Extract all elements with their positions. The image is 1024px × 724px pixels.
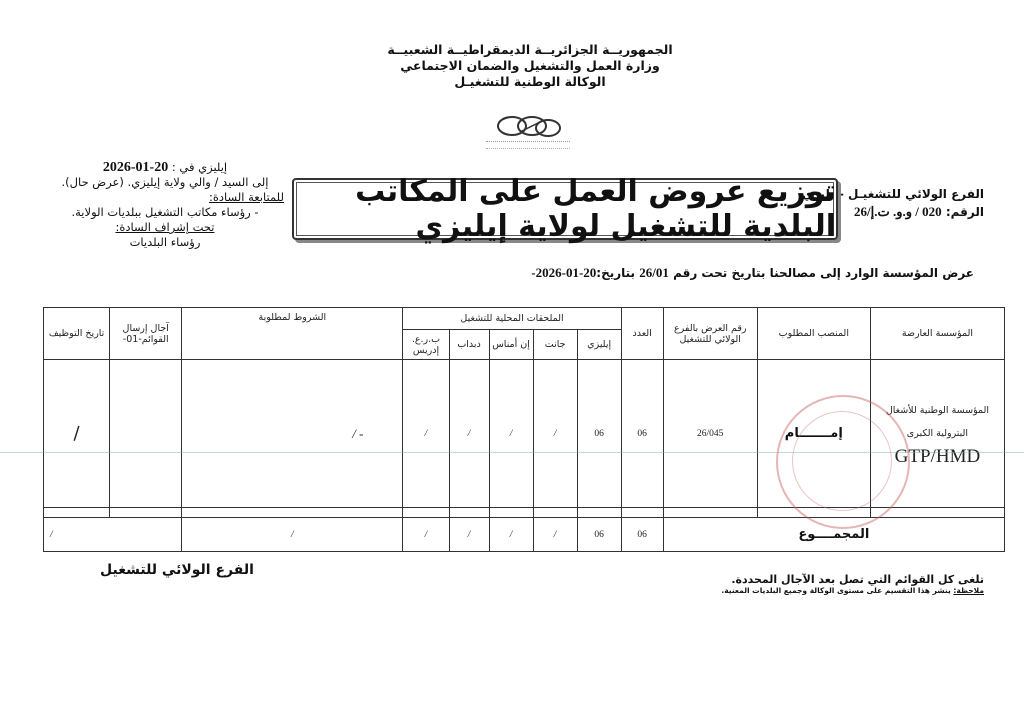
- header-annex-in-amenas: إن أمناس: [489, 330, 533, 360]
- document-title-frame: توزيع عروض العمل على المكاتب البلدية للت…: [292, 178, 838, 240]
- header-conditions: الشروط لمطلوبة: [182, 308, 403, 360]
- document-date: 20-01-2026: [103, 160, 168, 175]
- table-spacer-row: [44, 508, 1005, 518]
- reference-text: عرض المؤسسة الوارد إلى مصالحنا بتاريخ تح…: [673, 266, 974, 280]
- scan-artifact-line: [0, 452, 1024, 453]
- total-annex-debdeb: /: [449, 518, 489, 552]
- cell-deadline: [110, 360, 182, 508]
- cell-annex-debdeb: /: [449, 360, 489, 508]
- header-annex-djanet: جانت: [533, 330, 577, 360]
- total-conditions: /: [182, 518, 403, 552]
- cell-conditions: - /: [182, 360, 403, 508]
- reference-date-label: بتاريخ:: [596, 266, 635, 280]
- header-count: العدد: [621, 308, 663, 360]
- letterhead-republic: الجمهوريــة الجزائريــة الديمقراطيــة ال…: [380, 42, 680, 58]
- place-date-label: إيليزي في :: [172, 160, 227, 174]
- cell-offer-number: 26/045: [663, 360, 757, 508]
- cell-annex-illizi: 06: [577, 360, 621, 508]
- total-annex-djanet: /: [533, 518, 577, 552]
- company-code: GTP/HMD: [871, 445, 1004, 468]
- total-annex-in-amenas: /: [489, 518, 533, 552]
- reference-line: عرض المؤسسة الوارد إلى مصالحنا بتاريخ تح…: [531, 265, 974, 281]
- job-offers-table: المؤسسة العارضة المنصب المطلوب رقم العرض…: [43, 307, 1005, 552]
- header-annexes-group: الملحقات المحلية للتشغيل: [403, 308, 621, 330]
- total-annex-bordj-omar-driss: /: [403, 518, 449, 552]
- document-title: توزيع عروض العمل على المكاتب البلدية للت…: [294, 174, 836, 244]
- header-deadline: آجال إرسال القوائم-01-: [110, 308, 182, 360]
- logo-caption: [486, 141, 570, 149]
- letterhead-ministry: وزارة العمل والتشغيل والضمان الاجتماعي: [380, 58, 680, 74]
- header-position: المنصب المطلوب: [757, 308, 870, 360]
- reference-date: 20-01-2026-: [531, 265, 596, 280]
- cell-company: المؤسسة الوطنية للأشغال البترولية الكبرى…: [870, 360, 1004, 508]
- company-name: المؤسسة الوطنية للأشغال البترولية الكبرى: [871, 399, 1004, 445]
- cell-count: 06: [621, 360, 663, 508]
- note-deadline: تلغى كل القوائم التي تصل بعد الآجال المح…: [721, 573, 984, 586]
- supervision-text: رؤساء البلديات: [40, 235, 290, 250]
- followup-text: - رؤساء مكاتب التشغيل ببلديات الولاية.: [40, 205, 290, 220]
- cell-annex-in-amenas: /: [489, 360, 533, 508]
- recipients-block: إيليزي في : 20-01-2026 إلى السيد / والي …: [40, 160, 290, 250]
- total-count: 06: [621, 518, 663, 552]
- total-annex-illizi: 06: [577, 518, 621, 552]
- notes-block: تلغى كل القوائم التي تصل بعد الآجال المح…: [721, 573, 984, 595]
- table-row: المؤسسة الوطنية للأشغال البترولية الكبرى…: [44, 360, 1005, 508]
- note-text: ينشر هذا التقسيم على مستوى الوكالة وجميع…: [721, 586, 953, 595]
- followup-label: للمتابعة السادة:: [40, 190, 290, 205]
- letterhead-agency: الوكالة الوطنية للتشغيـل: [380, 74, 680, 90]
- total-label: المجمــــوع: [663, 518, 1004, 552]
- signature: الفرع الولائي للتشغيل: [100, 562, 254, 578]
- place-date: إيليزي في : 20-01-2026: [40, 160, 290, 175]
- cell-annex-djanet: /: [533, 360, 577, 508]
- header-annex-debdeb: دبداب: [449, 330, 489, 360]
- total-deadline-hiring: /: [44, 518, 182, 552]
- supervision-label: تحت إشراف السادة:: [40, 220, 290, 235]
- letterhead: الجمهوريــة الجزائريــة الديمقراطيــة ال…: [380, 42, 680, 90]
- header-offer-number: رقم العرض بالفرع الولائي للتشغيل: [663, 308, 757, 360]
- recipient-to: إلى السيد / والي ولاية إيليزي. (عرض حال)…: [40, 175, 290, 190]
- cell-hiring-date: /: [44, 360, 110, 508]
- ref-label: الرقم:: [946, 205, 984, 219]
- header-annex-illizi: إيليزي: [577, 330, 621, 360]
- ref-value: 020 / و.و. ت.إ/26: [854, 204, 942, 219]
- note-label: ملاحظة:: [953, 586, 984, 595]
- table-header-row-1: المؤسسة العارضة المنصب المطلوب رقم العرض…: [44, 308, 1005, 330]
- header-annex-bordj-omar-driss: ب.ر.ع. إدريس: [403, 330, 449, 360]
- cell-annex-bordj-omar-driss: /: [403, 360, 449, 508]
- reference-number: 26/01: [639, 265, 669, 280]
- header-hiring-date: تاريخ التوظيف: [44, 308, 110, 360]
- cell-position: إمـــــــام: [757, 360, 870, 508]
- header-company: المؤسسة العارضة: [870, 308, 1004, 360]
- note-publication: ملاحظة: ينشر هذا التقسيم على مستوى الوكا…: [721, 586, 984, 595]
- table-total-row: المجمــــوع 06 06 / / / / / /: [44, 518, 1005, 552]
